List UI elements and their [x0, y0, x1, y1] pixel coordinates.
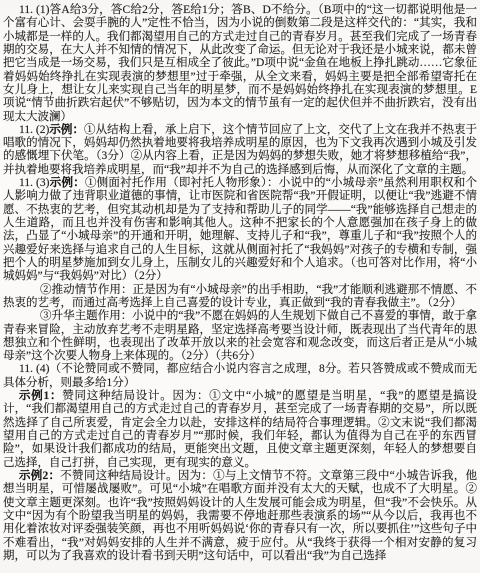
answer-11-3-point3: ③升华主题作用：小说中的“我”不愿在妈妈的人生规划下做自己不喜爱的事情，敢于拿青… [3, 310, 477, 363]
answer-11-3-number: 11. (3) [19, 177, 49, 189]
answer-11-4-example2-label: 示例2： [19, 470, 60, 482]
answer-11-3-point2: ②推动情节作用：正是因为有“小城母亲”的出手相助，“我”才能顺利逃避那不情愿、不… [3, 284, 477, 311]
answer-11-4-example2: 示例2：不赞同这种结局设计。因为：①与上文情节不符。文章第三段中“小城告诉我，他… [3, 470, 477, 563]
answer-11-1-body: 答A给3分，答C给2分，答E给1分；答B、D不给分。（B项中的“这一切都说明他是… [3, 4, 477, 123]
answer-11-4-note-body: （不论赞同或不赞同，都应结合小说内容言之成理，8分。若只答赞成或不赞成而无具体分… [3, 363, 477, 388]
answer-11-2-label: 示例： [49, 124, 84, 136]
answer-11-2-number: 11. (2) [19, 124, 49, 136]
answer-11-4-example2-body: 不赞同这种结局设计。因为：①与上文情节不符。文章第三段中“小城告诉我，他想当明星… [3, 470, 477, 562]
answer-11-4-example1: 示例1：赞同这种结局设计。因为：①文中“小城”的愿望是当明星，“我”的愿望是搞设… [3, 390, 477, 470]
answer-11-3-point2-body: ②推动情节作用：正是因为有“小城母亲”的出手相助，“我”才能顺利逃避那不情愿、不… [3, 284, 477, 309]
answer-11-4-number: 11. (4) [19, 363, 49, 375]
answer-11-4-note: 11. (4)（不论赞同或不赞同，都应结合小说内容言之成理，8分。若只答赞成或不… [3, 363, 477, 390]
answer-11-1-number: 11. (1) [19, 4, 49, 16]
answer-11-3-point3-body: ③升华主题作用：小说中的“我”不愿在妈妈的人生规划下做自己不喜爱的事情，敢于拿青… [3, 310, 477, 362]
answer-11-2: 11. (2)示例：①从结构上看，承上启下，这个情节回应了上文，交代了上文在我并… [3, 124, 477, 177]
answer-11-4-example1-label: 示例1： [19, 390, 62, 402]
answer-11-3-point1-body: ①侧面衬托作用（即衬托人物形象）：小说中的“小城母亲”虽然利用职权和个人影响力做… [3, 177, 477, 282]
document-page: 11. (1)答A给3分，答C给2分，答E给1分；答B、D不给分。（B项中的“这… [0, 0, 480, 573]
answer-11-3-point1: 11. (3)示例：①侧面衬托作用（即衬托人物形象）：小说中的“小城母亲”虽然利… [3, 177, 477, 284]
answer-11-4-example1-body: 赞同这种结局设计。因为：①文中“小城”的愿望是当明星，“我”的愿望是搞设计，“我… [3, 390, 477, 469]
answer-11-3-label: 示例： [49, 177, 84, 189]
answer-11-1: 11. (1)答A给3分，答C给2分，答E给1分；答B、D不给分。（B项中的“这… [3, 4, 477, 124]
